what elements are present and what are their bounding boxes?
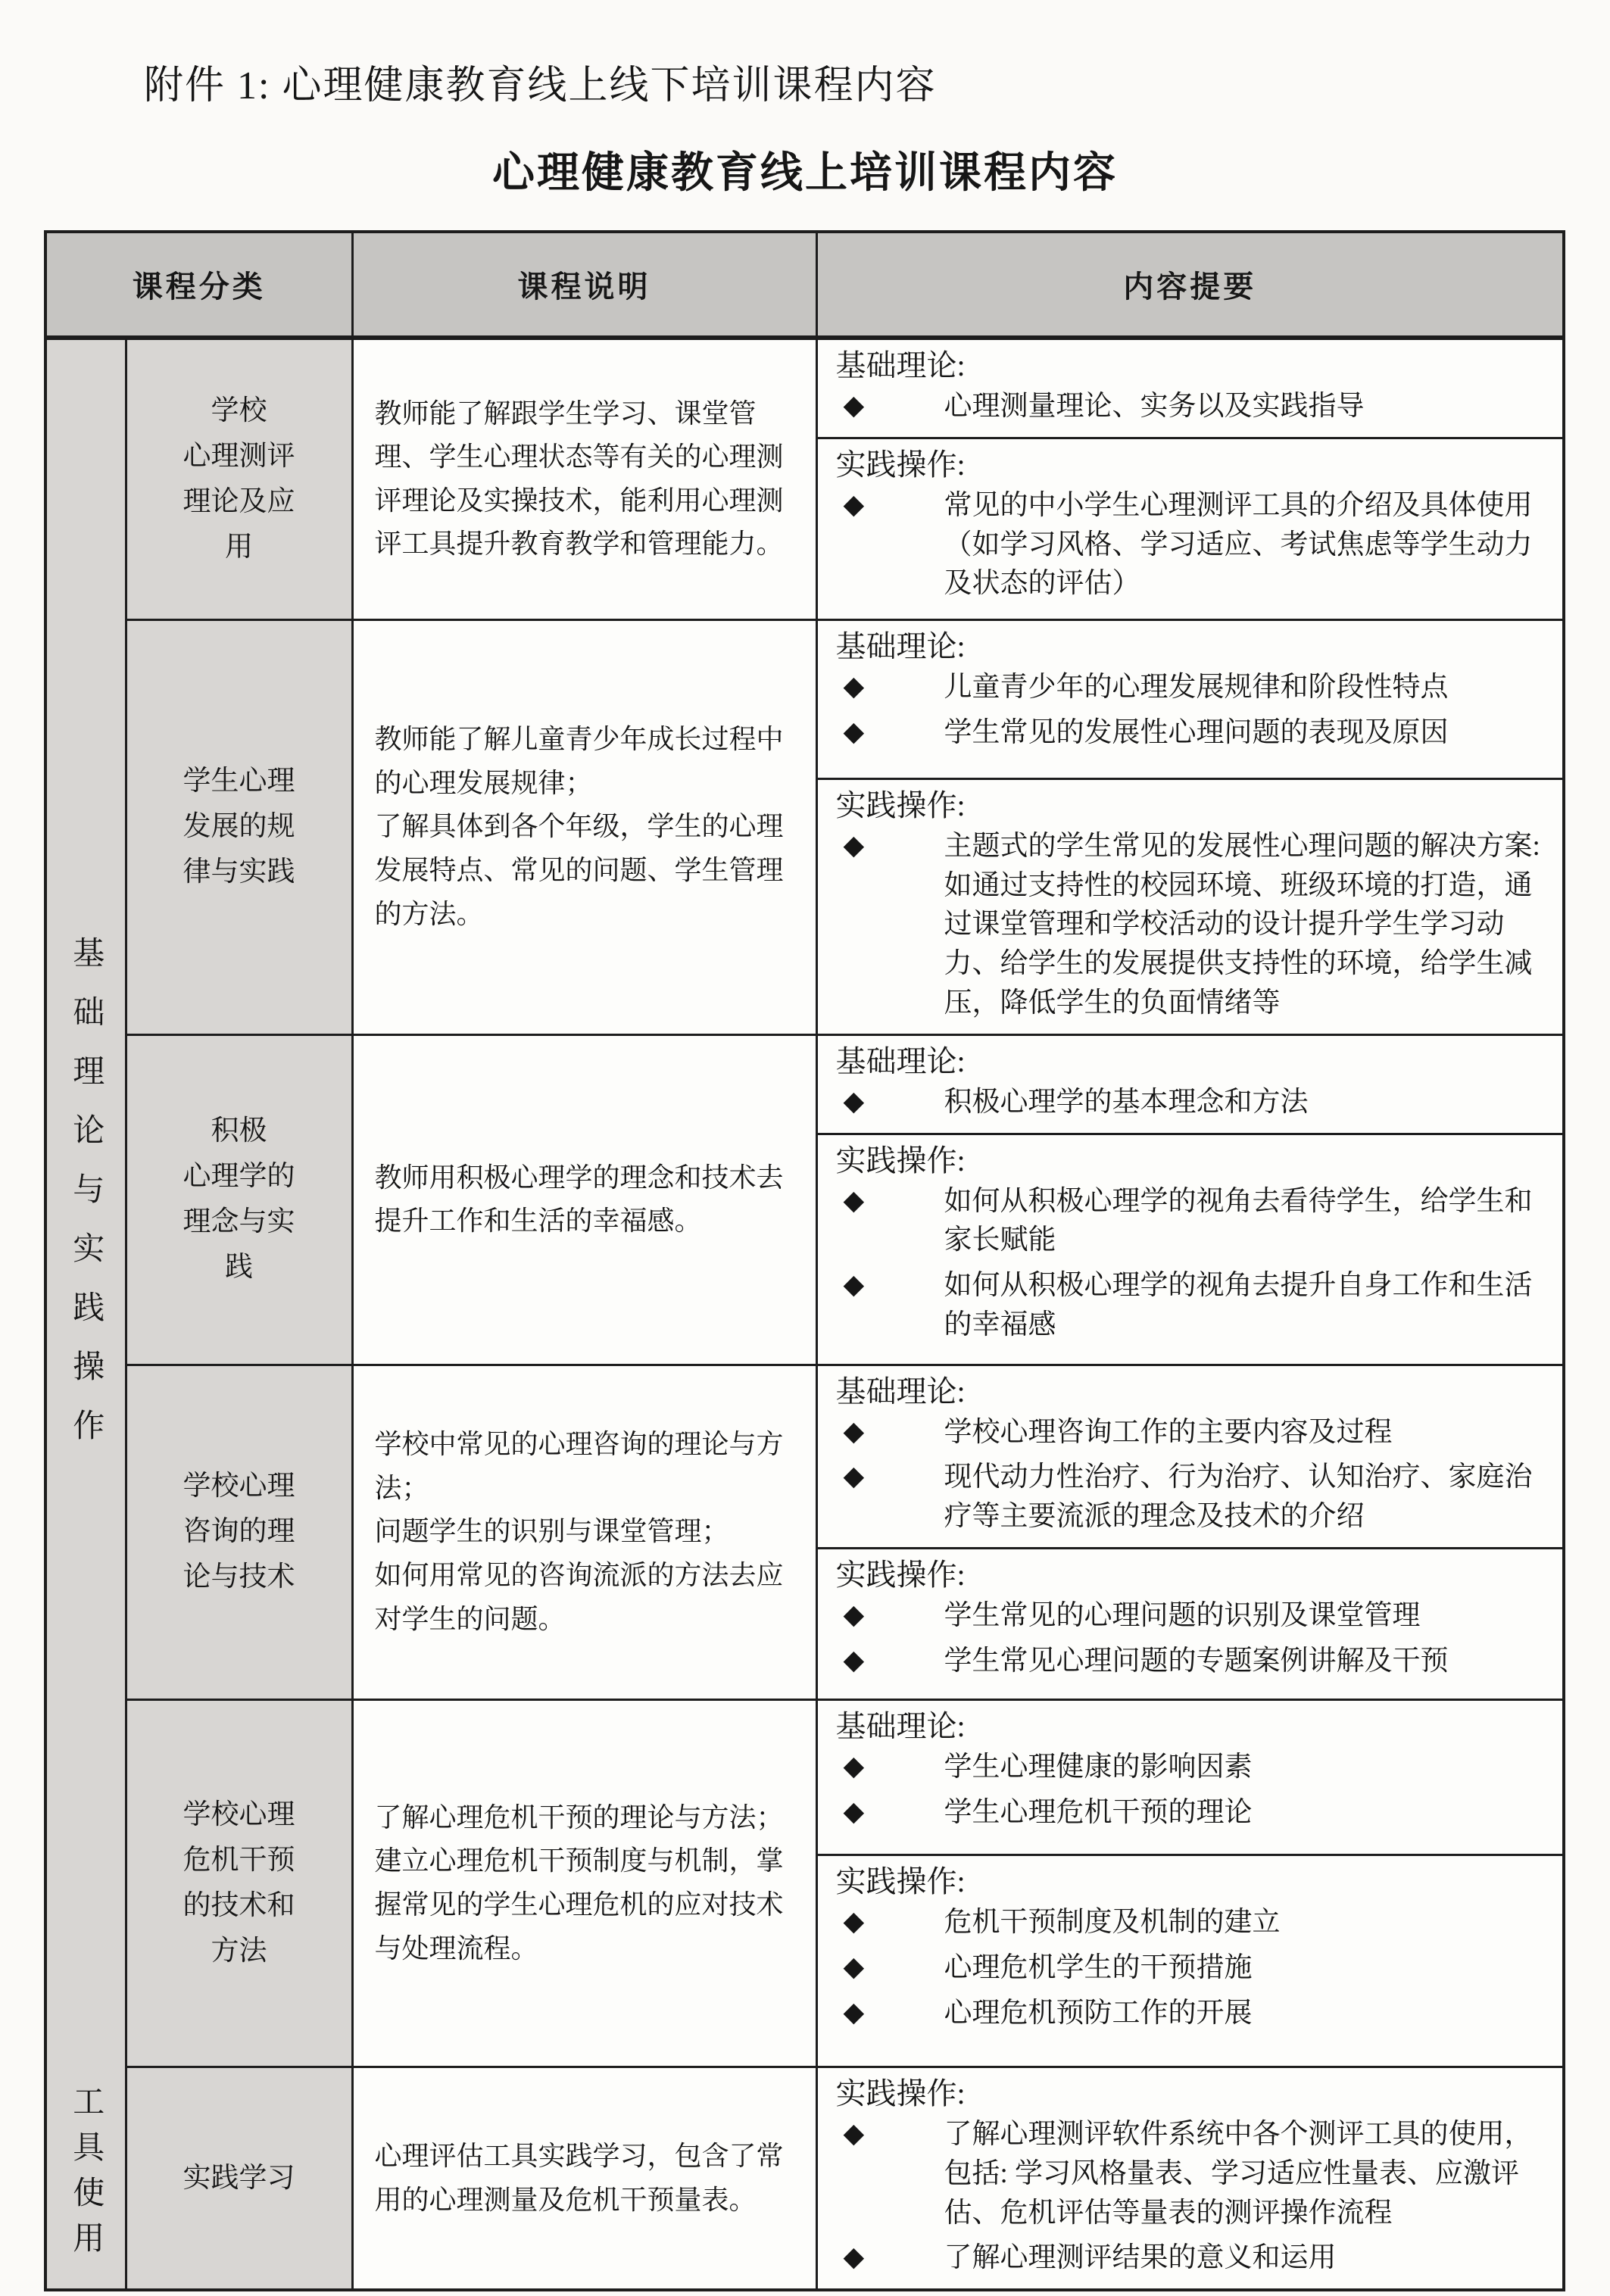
summary-item: ◆积极心理学的基本理念和方法 <box>835 1083 1549 1122</box>
summary-item-text: 儿童青少年的心理发展规律和阶段性特点 <box>944 672 1449 703</box>
diamond-bullet-icon: ◆ <box>844 667 865 705</box>
content-cell-practice: 实践操作: ◆常见的中小学生心理测评工具的介绍及具体使用（如学习风格、学习适应、… <box>816 438 1564 619</box>
summary-item: ◆儿童青少年的心理发展规律和阶段性特点 <box>835 668 1549 707</box>
practice-section-label: 实践操作: <box>836 1862 1549 1901</box>
practice-items: ◆常见的中小学生心理测评工具的介绍及具体使用（如学习风格、学习适应、考试焦虑等学… <box>835 486 1549 604</box>
attachment-title: 附件 1: 心理健康教育线上线下培训课程内容 <box>144 53 936 110</box>
summary-item: ◆学生常见心理问题的专题案例讲解及干预 <box>835 1642 1549 1681</box>
table-row: 积极 心理学的 理念与实 践 教师用积极心理学的理念和技术去提升工作和生活的幸福… <box>45 1034 1564 1134</box>
summary-item-text: 积极心理学的基本理念和方法 <box>944 1087 1309 1118</box>
diamond-bullet-icon: ◆ <box>844 826 865 864</box>
category-cell: 学校 心理测评 理论及应 用 <box>126 338 352 619</box>
theory-section-label: 基础理论: <box>836 1042 1549 1081</box>
content-cell-theory: 基础理论: ◆心理测量理论、实务以及实践指导 <box>816 338 1564 438</box>
summary-item: ◆如何从积极心理学的视角去看待学生，给学生和家长赋能 <box>835 1182 1549 1261</box>
description-cell: 学校中常见的心理咨询的理论与方法； 问题学生的识别与课堂管理； 如何用常见的咨询… <box>352 1365 816 1699</box>
category-cell: 积极 心理学的 理念与实 践 <box>126 1034 352 1365</box>
summary-item-text: 心理测量理论、实务以及实践指导 <box>944 391 1365 422</box>
group-label: 基础理论与实践操作 <box>70 936 101 1468</box>
summary-item-text: 现代动力性治疗、行为治疗、认知治疗、家庭治疗等主要流派的理念及技术的介绍 <box>944 1462 1533 1532</box>
theory-items: ◆积极心理学的基本理念和方法 <box>835 1083 1549 1122</box>
content-cell-theory: 基础理论: ◆儿童青少年的心理发展规律和阶段性特点 ◆学生常见的发展性心理问题的… <box>816 619 1564 778</box>
practice-items: ◆主题式的学生常见的发展性心理问题的解决方案: 如通过支持性的校园环境、班级环境… <box>835 827 1549 1023</box>
category-cell: 实践学习 <box>126 2067 352 2290</box>
diamond-bullet-icon: ◆ <box>844 1792 865 1830</box>
theory-items: ◆学校心理咨询工作的主要内容及过程 ◆现代动力性治疗、行为治疗、认知治疗、家庭治… <box>835 1413 1549 1536</box>
diamond-bullet-icon: ◆ <box>844 386 865 424</box>
theory-items: ◆学生心理健康的影响因素 ◆学生心理危机干预的理论 <box>835 1748 1549 1833</box>
practice-section-label: 实践操作: <box>836 1141 1549 1181</box>
summary-item-text: 常见的中小学生心理测评工具的介绍及具体使用（如学习风格、学习适应、考试焦虑等学生… <box>944 490 1533 600</box>
summary-item: ◆常见的中小学生心理测评工具的介绍及具体使用（如学习风格、学习适应、考试焦虑等学… <box>835 486 1549 604</box>
description-cell: 了解心理危机干预的理论与方法； 建立心理危机干预制度与机制，掌握常见的学生心理危… <box>352 1699 816 2067</box>
theory-section-label: 基础理论: <box>836 1707 1549 1746</box>
summary-item: ◆如何从积极心理学的视角去提升自身工作和生活的幸福感 <box>835 1266 1549 1345</box>
summary-item: ◆了解心理测评结果的意义和运用 <box>835 2238 1549 2278</box>
summary-item: ◆危机干预制度及机制的建立 <box>835 1903 1549 1942</box>
content-cell-theory: 基础理论: ◆学校心理咨询工作的主要内容及过程 ◆现代动力性治疗、行为治疗、认知… <box>816 1365 1564 1548</box>
table-row: 工具使用 实践学习 心理评估工具实践学习，包含了常用的心理测量及危机干预量表。 … <box>45 2067 1564 2290</box>
diamond-bullet-icon: ◆ <box>844 1596 865 1633</box>
diamond-bullet-icon: ◆ <box>844 1641 865 1679</box>
diamond-bullet-icon: ◆ <box>844 1265 865 1303</box>
summary-item-text: 学校心理咨询工作的主要内容及过程 <box>944 1417 1393 1448</box>
content-cell-practice: 实践操作: ◆学生常见的心理问题的识别及课堂管理 ◆学生常见心理问题的专题案例讲… <box>816 1548 1564 1699</box>
content-cell-theory: 基础理论: ◆积极心理学的基本理念和方法 <box>816 1034 1564 1134</box>
practice-section-label: 实践操作: <box>836 445 1549 485</box>
practice-items: ◆学生常见的心理问题的识别及课堂管理 ◆学生常见心理问题的专题案例讲解及干预 <box>835 1596 1549 1681</box>
category-cell: 学校心理 危机干预 的技术和 方法 <box>126 1699 352 2067</box>
table-row: 学校心理 危机干预 的技术和 方法 了解心理危机干预的理论与方法； 建立心理危机… <box>45 1699 1564 1855</box>
content-cell-practice: 实践操作: ◆了解心理测评软件系统中各个测评工具的使用，包括: 学习风格量表、学… <box>816 2067 1564 2290</box>
page-title: 心理健康教育线上培训课程内容 <box>0 139 1610 200</box>
theory-items: ◆儿童青少年的心理发展规律和阶段性特点 ◆学生常见的发展性心理问题的表现及原因 <box>835 668 1549 753</box>
diamond-bullet-icon: ◆ <box>844 1902 865 1940</box>
description-cell: 心理评估工具实践学习，包含了常用的心理测量及危机干预量表。 <box>352 2067 816 2290</box>
table-row: 学校心理 咨询的理 论与技术 学校中常见的心理咨询的理论与方法； 问题学生的识别… <box>45 1365 1564 1548</box>
summary-item: ◆主题式的学生常见的发展性心理问题的解决方案: 如通过支持性的校园环境、班级环境… <box>835 827 1549 1023</box>
content-cell-practice: 实践操作: ◆主题式的学生常见的发展性心理问题的解决方案: 如通过支持性的校园环… <box>816 778 1564 1034</box>
summary-item-text: 主题式的学生常见的发展性心理问题的解决方案: 如通过支持性的校园环境、班级环境的… <box>944 831 1540 1019</box>
summary-item-text: 危机干预制度及机制的建立 <box>944 1907 1281 1938</box>
category-cell: 学校心理 咨询的理 论与技术 <box>126 1365 352 1699</box>
diamond-bullet-icon: ◆ <box>844 713 865 750</box>
header-course-description: 课程说明 <box>352 232 816 338</box>
summary-item-text: 心理危机学生的干预措施 <box>944 1952 1253 1983</box>
summary-item: ◆学生心理健康的影响因素 <box>835 1748 1549 1787</box>
scanned-document-page: { "page": { "attachment_title": "附件 1: 心… <box>0 0 1610 2296</box>
summary-item-text: 了解心理测评软件系统中各个测评工具的使用，包括: 学习风格量表、学习适应性量表、… <box>944 2119 1533 2229</box>
practice-section-label: 实践操作: <box>836 786 1549 825</box>
summary-item-text: 学生常见的发展性心理问题的表现及原因 <box>944 717 1449 748</box>
summary-item: ◆心理测量理论、实务以及实践指导 <box>835 387 1549 426</box>
practice-section-label: 实践操作: <box>836 1555 1549 1595</box>
diamond-bullet-icon: ◆ <box>844 1993 865 2031</box>
diamond-bullet-icon: ◆ <box>844 1412 865 1450</box>
training-course-table: 课程分类 课程说明 内容提要 基础理论与实践操作 学校 心理测评 理论及应 用 … <box>44 230 1565 2291</box>
diamond-bullet-icon: ◆ <box>844 1457 865 1495</box>
theory-section-label: 基础理论: <box>836 1372 1549 1412</box>
summary-item: ◆学校心理咨询工作的主要内容及过程 <box>835 1413 1549 1452</box>
diamond-bullet-icon: ◆ <box>844 2238 865 2276</box>
diamond-bullet-icon: ◆ <box>844 1948 865 1986</box>
category-cell: 学生心理 发展的规 律与实践 <box>126 619 352 1034</box>
group-cell-tool-use: 工具使用 <box>45 2067 126 2290</box>
diamond-bullet-icon: ◆ <box>844 2114 865 2152</box>
practice-items: ◆如何从积极心理学的视角去看待学生，给学生和家长赋能 ◆如何从积极心理学的视角去… <box>835 1182 1549 1345</box>
summary-item: ◆心理危机预防工作的开展 <box>835 1994 1549 2033</box>
summary-item: ◆了解心理测评软件系统中各个测评工具的使用，包括: 学习风格量表、学习适应性量表… <box>835 2115 1549 2232</box>
summary-item: ◆学生心理危机干预的理论 <box>835 1793 1549 1833</box>
group-label: 工具使用 <box>70 2085 101 2266</box>
practice-section-label: 实践操作: <box>836 2074 1549 2114</box>
table-row: 基础理论与实践操作 学校 心理测评 理论及应 用 教师能了解跟学生学习、课堂管理… <box>45 338 1564 438</box>
diamond-bullet-icon: ◆ <box>844 485 865 523</box>
table-row: 学生心理 发展的规 律与实践 教师能了解儿童青少年成长过程中的心理发展规律； 了… <box>45 619 1564 778</box>
summary-item: ◆现代动力性治疗、行为治疗、认知治疗、家庭治疗等主要流派的理念及技术的介绍 <box>835 1458 1549 1536</box>
summary-item-text: 如何从积极心理学的视角去看待学生，给学生和家长赋能 <box>944 1186 1533 1256</box>
table-header-row: 课程分类 课程说明 内容提要 <box>45 232 1564 338</box>
summary-item: ◆学生常见的发展性心理问题的表现及原因 <box>835 713 1549 753</box>
theory-items: ◆心理测量理论、实务以及实践指导 <box>835 387 1549 426</box>
diamond-bullet-icon: ◆ <box>844 1181 865 1219</box>
description-cell: 教师能了解儿童青少年成长过程中的心理发展规律； 了解具体到各个年级，学生的心理发… <box>352 619 816 1034</box>
practice-items: ◆危机干预制度及机制的建立 ◆心理危机学生的干预措施 ◆心理危机预防工作的开展 <box>835 1903 1549 2032</box>
theory-section-label: 基础理论: <box>836 346 1549 385</box>
practice-items: ◆了解心理测评软件系统中各个测评工具的使用，包括: 学习风格量表、学习适应性量表… <box>835 2115 1549 2278</box>
summary-item-text: 学生常见的心理问题的识别及课堂管理 <box>944 1600 1421 1631</box>
content-cell-practice: 实践操作: ◆如何从积极心理学的视角去看待学生，给学生和家长赋能 ◆如何从积极心… <box>816 1134 1564 1365</box>
content-cell-practice: 实践操作: ◆危机干预制度及机制的建立 ◆心理危机学生的干预措施 ◆心理危机预防… <box>816 1855 1564 2067</box>
summary-item-text: 学生心理危机干预的理论 <box>944 1797 1253 1828</box>
summary-item-text: 学生常见心理问题的专题案例讲解及干预 <box>944 1646 1449 1677</box>
diamond-bullet-icon: ◆ <box>844 1747 865 1785</box>
summary-item: ◆心理危机学生的干预措施 <box>835 1948 1549 1988</box>
summary-item-text: 了解心理测评结果的意义和运用 <box>944 2242 1337 2273</box>
description-cell: 教师用积极心理学的理念和技术去提升工作和生活的幸福感。 <box>352 1034 816 1365</box>
summary-item-text: 心理危机预防工作的开展 <box>944 1998 1253 2029</box>
header-content-summary: 内容提要 <box>816 232 1564 338</box>
content-cell-theory: 基础理论: ◆学生心理健康的影响因素 ◆学生心理危机干预的理论 <box>816 1699 1564 1855</box>
theory-section-label: 基础理论: <box>836 627 1549 666</box>
summary-item-text: 如何从积极心理学的视角去提升自身工作和生活的幸福感 <box>944 1270 1533 1340</box>
description-cell: 教师能了解跟学生学习、课堂管理、学生心理状态等有关的心理测评理论及实操技术，能利… <box>352 338 816 619</box>
header-course-category: 课程分类 <box>45 232 352 338</box>
group-cell-theory-practice: 基础理论与实践操作 <box>45 338 126 2067</box>
summary-item-text: 学生心理健康的影响因素 <box>944 1752 1253 1783</box>
diamond-bullet-icon: ◆ <box>844 1082 865 1120</box>
summary-item: ◆学生常见的心理问题的识别及课堂管理 <box>835 1596 1549 1636</box>
